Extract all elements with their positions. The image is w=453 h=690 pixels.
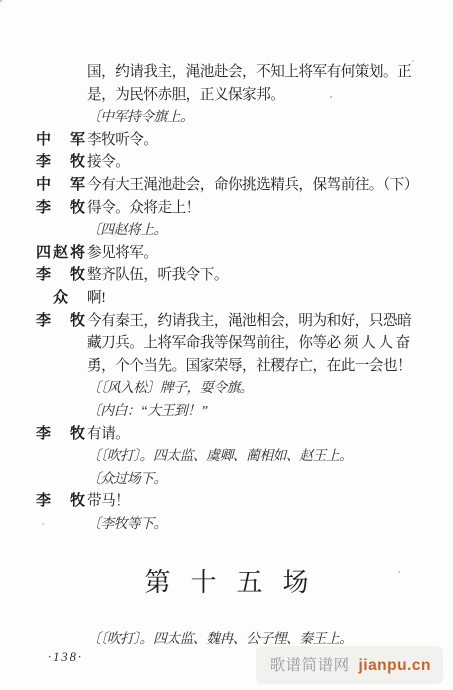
- speech-line: 李牧接令。: [0, 151, 453, 174]
- speaker-name: 中军: [36, 174, 85, 197]
- stage-direction-text: 〔众过场下。: [87, 471, 167, 486]
- speech-line: 众啊!: [0, 287, 453, 310]
- dialogue-text: 带马！: [87, 493, 129, 509]
- stage-direction-line: 〔中军持令旗上。: [0, 106, 453, 129]
- dialogue-text: 有请。: [87, 426, 129, 442]
- watermark-site-name: 歌谱简谱网: [270, 657, 350, 674]
- watermark-site-url[interactable]: jianpu.cn: [358, 657, 431, 674]
- speech-line: 李牧今有秦王，约请我主，渑池相会，明为和好，只恐暗: [0, 310, 453, 333]
- stage-direction-line: 〔李牧等下。: [0, 513, 453, 536]
- speaker-name: 李牧: [36, 490, 85, 513]
- speech-line: 李牧得令。众将走上！: [0, 197, 453, 220]
- speech-line: 李牧整齐队伍，听我令下。: [0, 264, 453, 287]
- speech-line: 中军李牧听令。: [0, 129, 453, 152]
- scan-speckle: [0, 0, 2, 2]
- stage-direction-text: 〔〔吹打〕。四太监、魏冉、公子悝、秦王上。: [87, 631, 352, 646]
- stage-direction-line: 〔内白：“大王到！”: [0, 400, 453, 423]
- dialogue-text: 是，为民怀赤胆，正义保家邦。: [87, 87, 284, 103]
- stage-direction-line: 〔众过场下。: [0, 468, 453, 491]
- dialogue-text: 整齐队伍，听我令下。: [87, 267, 228, 283]
- dialogue-text: 得令。众将走上！: [87, 200, 200, 216]
- scanned-script-page: 国，约请我主，渑池赴会，不知上将军有何策划。正是，为民怀赤胆，正义保家邦。〔中军…: [0, 0, 453, 690]
- speech-line: 李牧有请。: [0, 423, 453, 446]
- speaker-name: 众: [36, 287, 85, 310]
- script-text-block: 国，约请我主，渑池赴会，不知上将军有何策划。正是，为民怀赤胆，正义保家邦。〔中军…: [0, 0, 453, 651]
- page-number: ·138·: [48, 650, 83, 665]
- speaker-name: 李牧: [36, 423, 85, 446]
- watermark: 歌谱简谱网 jianpu.cn: [256, 646, 443, 684]
- continuation-line: 国，约请我主，渑池赴会，不知上将军有何策划。正: [0, 61, 453, 84]
- stage-direction-text: 〔内白：“大王到！”: [87, 403, 208, 418]
- speech-line: 李牧带马！: [0, 490, 453, 513]
- scene-heading: 第十五场: [0, 568, 453, 598]
- dialogue-text: 国，约请我主，渑池赴会，不知上将军有何策划。正: [87, 64, 411, 80]
- dialogue-text: 啊!: [87, 290, 105, 306]
- dialogue-text: 今有秦王，约请我主，渑池相会，明为和好，只恐暗: [87, 313, 411, 329]
- speaker-name: 四赵将: [36, 242, 85, 265]
- dialogue-text: 藏刀兵。上将军命我等保驾前往，你等必 须 人 人 奋: [87, 335, 410, 351]
- stage-direction-text: 〔〔吹打〕。四太监、虞卿、蔺相如、赵王上。: [87, 448, 352, 463]
- speaker-name: 李牧: [36, 197, 85, 220]
- speaker-name: 中军: [36, 129, 85, 152]
- dialogue-text: 参见将军。: [87, 245, 157, 261]
- speaker-name: 李牧: [36, 264, 85, 287]
- stage-direction-line: 〔〔吹打〕。四太监、虞卿、蔺相如、赵王上。: [0, 445, 453, 468]
- stage-direction-text: 〔李牧等下。: [87, 516, 167, 531]
- speech-line: 四赵将参见将军。: [0, 242, 453, 265]
- stage-direction-text: 〔〔风入松〕牌子，耍令旗。: [87, 380, 253, 395]
- continuation-line: 勇，个个当先。国家荣辱，社稷存亡，在此一会也！: [0, 355, 453, 378]
- stage-direction-line: 〔〔风入松〕牌子，耍令旗。: [0, 377, 453, 400]
- dialogue-text: 李牧听令。: [87, 132, 157, 148]
- stage-direction-text: 〔四赵将上。: [87, 222, 167, 237]
- continuation-line: 是，为民怀赤胆，正义保家邦。: [0, 84, 453, 107]
- dialogue-text: 今有大王渑池赴会，命你挑选精兵，保驾前往。（下）: [87, 177, 418, 193]
- stage-direction-line: 〔四赵将上。: [0, 219, 453, 242]
- dialogue-text: 接令。: [87, 154, 129, 170]
- speaker-name: 李牧: [36, 310, 85, 333]
- dialogue-text: 勇，个个当先。国家荣辱，社稷存亡，在此一会也！: [87, 358, 411, 374]
- speech-line: 中军今有大王渑池赴会，命你挑选精兵，保驾前往。（下）: [0, 174, 453, 197]
- continuation-line: 藏刀兵。上将军命我等保驾前往，你等必 须 人 人 奋: [0, 332, 453, 355]
- speaker-name: 李牧: [36, 151, 85, 174]
- stage-direction-text: 〔中军持令旗上。: [87, 109, 193, 124]
